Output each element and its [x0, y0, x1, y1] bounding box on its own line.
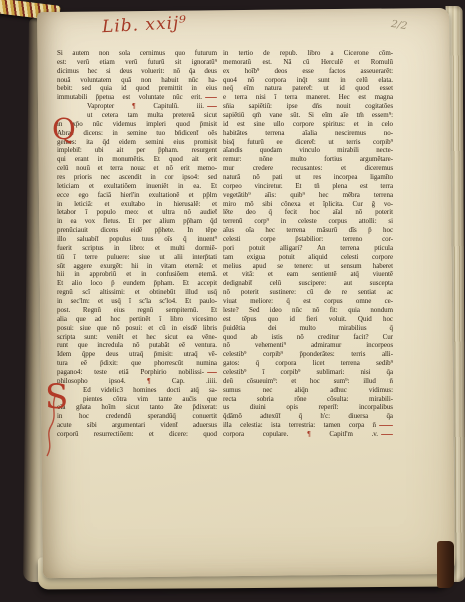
text-line: prenūciauit dicens eidē pp̄hete. In tēpe — [57, 226, 217, 235]
text-line: oīa gn̄ata hoīm sicut tanto āte p̄dixera… — [57, 403, 217, 412]
text-line: dicimus hec si deus voluerit: nō q̄a deu… — [57, 67, 217, 76]
text-line: acute sibi argumentari vident̄ aduersus — [57, 421, 217, 430]
paraph-mark: ¶ — [288, 430, 310, 438]
text-line: Et alio loco p̄ eundem p̄pham. Et accepi… — [57, 279, 217, 288]
text-line: sn̄ia sapiētiū: ipse dn̄s nouit cogitatō… — [223, 102, 393, 111]
text-line: scripta sunt: veniēt et hec sicut ea vēn… — [57, 333, 217, 342]
text-line: tura eē p̄dixit: que phorrescūt numina — [57, 359, 217, 368]
text-line: bebit: sed quia id quod premittit in eiu… — [57, 84, 217, 93]
text-line: aīus oīa hec terrena māsurū dīs p̄ hoc — [223, 226, 393, 235]
text-line: leste? Sed ideo nūc nō fit: quia nondum — [223, 306, 393, 315]
text-line: id est sine ullo corpore spiritus: et in… — [223, 120, 393, 129]
text-line: remur: nōne multo fortius argumētare- — [223, 155, 393, 164]
folio-mark: 2/2 — [390, 19, 408, 32]
text-line: quo4 nō corpora inq̄t sunt in celū elata… — [223, 76, 393, 85]
text-line: dedignabit̄ celū suscipere: aut suscepta — [223, 279, 393, 288]
text-line: p̄uidētia dei multo mirabilius q̄ — [223, 324, 393, 333]
text-line: ex hoīb⁹ deos esse factos asseuerarēt: — [223, 67, 393, 76]
text-line: Ed videlic3 homines docti atq̄ sa- — [57, 386, 217, 395]
text-line: melius apud se tenere: ut sensum haberet — [223, 262, 393, 271]
text-line: et vitā: et eam sentientē atq̄ viuentē — [223, 270, 393, 279]
rubric-flourish — [207, 106, 217, 107]
text-line: in leticiā: et exultabo in hierusalē: et — [57, 200, 217, 209]
text-line: immutabili p̄petua est voluntate nūc eri… — [57, 93, 217, 102]
rubric-flourish — [205, 97, 217, 98]
text-line: est tēpus quo id fieri voluit. Quid hoc — [223, 315, 393, 324]
text-line: e terra nisi ī terra maneret. Hec est ma… — [223, 93, 393, 102]
text-line: habitātes terrena aīalia nesciremus no- — [223, 129, 393, 138]
text-line: naturā nō pati ut res incorpea ligamīto — [223, 173, 393, 182]
text-line: gatos: q̄ corpora licet terrena sedib⁹ — [223, 359, 393, 368]
text-line: us diuini opis reperit̄: incorpalibus — [223, 403, 393, 412]
rubricated-initial-Q: Q — [52, 115, 76, 144]
text-line: tam exigua potuit aliquid celesti corpor… — [223, 253, 393, 262]
text-line: tiū ī terre puluere: siue ut alii interp… — [57, 253, 217, 262]
text-line: Idem q̄ppe deus utraq̄ p̄misit: utraq̄ v… — [57, 350, 217, 359]
text-line: res prioris nec ascendit in cor ipso4: s… — [57, 173, 217, 182]
rubric-flourish — [379, 425, 393, 426]
text-line: lēte deo q̄ fecit hoc aīal nō poterit — [223, 208, 393, 217]
text-line: nō poterit sustinere: cū de re sentiat a… — [223, 288, 393, 297]
text-line: leticiam et exultatiōem inueniēt in ea. … — [57, 182, 217, 191]
text-line: nouā voluntatem quā non habuit nūc ha- — [57, 76, 217, 85]
text-line: implebit̄: ubi ait per p̄pham. resurgent — [57, 146, 217, 155]
text-line: letabor ī populo meo: et ultra nō audiet… — [57, 208, 217, 217]
text-line: pagano4: teste etiā Porphirio nobilissi- — [57, 368, 217, 377]
text-line: in tertio de repub. libro a Cicerone cōm… — [223, 49, 393, 58]
paraph-mark: ¶ — [114, 102, 136, 110]
text-line: ecce ego faciā hierl'in exultationē et p… — [57, 191, 217, 200]
text-line: celū nouū et terra noua: et nō erit memo… — [57, 164, 217, 173]
text-line: memoratū est. Nā cū Herculē et Romulū — [223, 58, 393, 67]
text-line: qui erant in monumētis. Et quod ait erit — [57, 155, 217, 164]
text-line: sūt aggere exurgēt: hii in vitam eternā:… — [57, 262, 217, 271]
text-line: gentes: ita q̄d eidem semini eius promis… — [57, 138, 217, 147]
text-line: post. Regnū eius regnū sempiternū. Et — [57, 306, 217, 315]
text-line: quod ab istis nō creditur facit? Cur — [223, 333, 393, 342]
text-line: runt que incredula nō putabāt eē ventura… — [57, 341, 217, 350]
text-line: Si autem non sola cernimus quo futurum — [57, 49, 217, 58]
photo-background: Lib. xxij⁹ 2/2 Si autem non sola cernimu… — [0, 0, 465, 602]
text-line: philosopho ipso4. ¶ Cap. .iiii. — [57, 377, 217, 386]
text-line: fuerit scriptus in libro: et multi dormi… — [57, 244, 217, 253]
text-line: viuat meliore: q̄ est corpus omne ce- — [223, 297, 393, 306]
text-line: Vapropter ¶ Capitulū. iii. — [57, 102, 217, 111]
text-column-right: in tertio de repub. libro a Cicerone cōm… — [223, 49, 393, 439]
text-line: miro mō sibi cōnexa et īplicita. Cur g̃ … — [223, 200, 393, 209]
text-line: nō vehementi⁹ admiramur incorpeos — [223, 341, 393, 350]
text-line: illa celestia: ista terrestria: tamen co… — [223, 421, 393, 430]
text-line: sumus nec aliq̄n adhuc vidimus: — [223, 386, 393, 395]
text-line: in hoc credendū sperandūq̄ conuertit — [57, 412, 217, 421]
text-line: neq̄ eīm natura pateret̄: ut id quod ess… — [223, 84, 393, 93]
text-line: pori potuit alligari? An terrena pticula — [223, 244, 393, 253]
text-line: corpora copulare. ¶ Capitl'm .v. — [223, 430, 393, 439]
paraph-mark: ¶ — [126, 377, 151, 385]
text-column-left: Si autem non sola cernimus quo futurumes… — [57, 49, 217, 439]
text-line: est: verū etiam verū futurū sit ignoratū… — [57, 58, 217, 67]
text-line: corporū resurrectiōem: et dicere: quod — [57, 430, 217, 439]
text-line: Abrae dicens: in semine tuo bn̄dicent̄ o… — [57, 129, 217, 138]
text-line: in ea vox fletus. Et per alium pp̄ham q̄… — [57, 217, 217, 226]
text-line: vegetātib⁹ aīis: quib⁹ hec mēbra terrena — [223, 191, 393, 200]
text-line: aīandis quodam vinculo mirabili necte- — [223, 146, 393, 155]
text-line: celestib⁹ corpib⁹ p̄ponderātes: terris a… — [223, 350, 393, 359]
text-line: recta sobria rōne cōsulta: mirabili- — [223, 395, 393, 404]
text-line: terrenū corp⁹ in celeste corpus attolli:… — [223, 217, 393, 226]
text-line: pientes cōtra vim tante auc̄is que — [57, 395, 217, 404]
rubric-flourish — [381, 434, 393, 435]
text-line: deū cōsueuim⁹: et hoc sum⁹: illud n̄ — [223, 377, 393, 386]
text-line: celestib⁹ ī corpib⁹ sublimari: nisi q̄a — [223, 368, 393, 377]
text-line: in xp̄o nūc videmus impleri quod p̄misit — [57, 120, 217, 129]
text-line: mur credere recusantes: et diceremus — [223, 164, 393, 173]
text-line: q̄dāmō adtexūt̄ q̄ h'c: diuersa q̄a — [223, 412, 393, 421]
text-line: ut cetera tam multa pretereā sicut — [57, 111, 217, 120]
text-line: illo saluabit̄ populus tuus oīs q̄ inuen… — [57, 235, 217, 244]
text-line: sapiētiū qm̄ vane sūt. Si eīm aīe tm̄ es… — [223, 111, 393, 120]
fore-edge-stain — [437, 541, 454, 588]
text-line: bisq̄ futurū ee diceret̄: ut terris corp… — [223, 138, 393, 147]
initial-flourish-icon — [40, 392, 64, 462]
text-line: in sec'lm: et usq̄ ī sc'la sc'lo4. Et pa… — [57, 297, 217, 306]
text-line: celesti corpe p̄stabilior: terreno cor- — [223, 235, 393, 244]
text-line: alia que ad hoc pertinēt ī libro vicesim… — [57, 315, 217, 324]
text-line: hii in approbriū et in confusiōem eternā… — [57, 270, 217, 279]
text-line: corpeo vinciretur. Et tn̄ plena est terr… — [223, 182, 393, 191]
rubric-flourish — [207, 372, 217, 373]
text-line: posui: siue que nō posui: et cū in eisdē… — [57, 324, 217, 333]
text-line: regnū scī altissimi: et obtinebūt illud … — [57, 288, 217, 297]
